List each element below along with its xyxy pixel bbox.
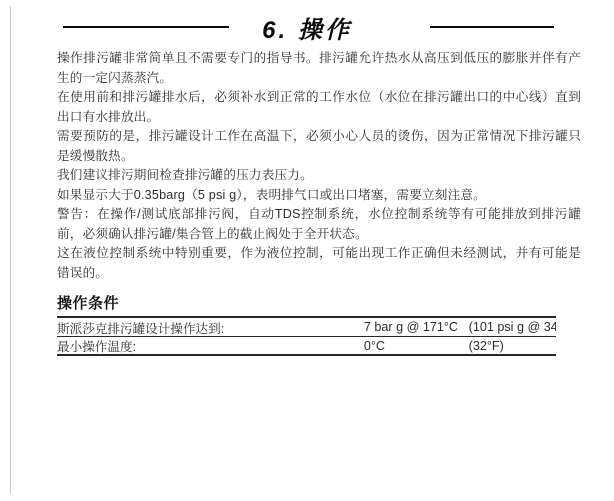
row-imperial-value: (101 psi g @ 340°F) bbox=[469, 320, 556, 334]
paragraph-water-level: 在使用前和排污罐排水后，必须补水到正常的工作水位（水位在排污罐出口的中心线）直到… bbox=[57, 88, 581, 127]
row-label: 最小操作温度: bbox=[57, 336, 364, 355]
table-row: 斯派莎克排污罐设计操作达到: 7 bar g @ 171°C (101 psi … bbox=[57, 318, 556, 337]
paragraph-intro: 操作排污罐非常简单且不需要专门的指导书。排污罐允许热水从高压到低压的膨胀并伴有产… bbox=[57, 49, 581, 88]
row-imperial-value: (32°F) bbox=[469, 339, 556, 353]
operating-conditions-table: 斯派莎克排污罐设计操作达到: 7 bar g @ 171°C (101 psi … bbox=[57, 316, 556, 356]
table-row: 最小操作温度: 0°C (32°F) bbox=[57, 337, 556, 356]
paragraph-pressure-limit: 如果显示大于0.35barg（5 psi g），表明排气口或出口堵塞，需要立刻注… bbox=[57, 186, 581, 206]
paragraph-warning: 警告：在操作/测试底部排污阀，自动TDS控制系统，水位控制系统等有可能排放到排污… bbox=[57, 205, 581, 244]
operating-conditions-heading: 操作条件 bbox=[57, 292, 581, 313]
paragraph-level-control: 这在液位控制系统中特别重要，作为液位控制，可能出现工作正确但未经测试，并有可能是… bbox=[57, 244, 581, 283]
title-rule-right-line bbox=[430, 26, 554, 28]
paragraph-pressure-check: 我们建议排污期间检查排污罐的压力表压力。 bbox=[57, 166, 581, 186]
paragraph-caution-heat: 需要预防的是，排污罐设计工作在高温下，必须小心人员的烫伤，因为正常情况下排污罐只… bbox=[57, 127, 581, 166]
page-content: 6. 操作 操作排污罐非常简单且不需要专门的指导书。排污罐允许热水从高压到低压的… bbox=[57, 8, 581, 356]
document-page: 6. 操作 操作排污罐非常简单且不需要专门的指导书。排污罐允许热水从高压到低压的… bbox=[0, 0, 614, 501]
row-metric-value: 7 bar g @ 171°C bbox=[364, 320, 469, 334]
row-metric-value: 0°C bbox=[364, 339, 469, 353]
body-text: 操作排污罐非常简单且不需要专门的指导书。排污罐允许热水从高压到低压的膨胀并伴有产… bbox=[57, 49, 581, 283]
section-title-row: 6. 操作 bbox=[57, 8, 581, 44]
page-edge-line bbox=[10, 6, 11, 494]
row-label: 斯派莎克排污罐设计操作达到: bbox=[57, 318, 364, 337]
